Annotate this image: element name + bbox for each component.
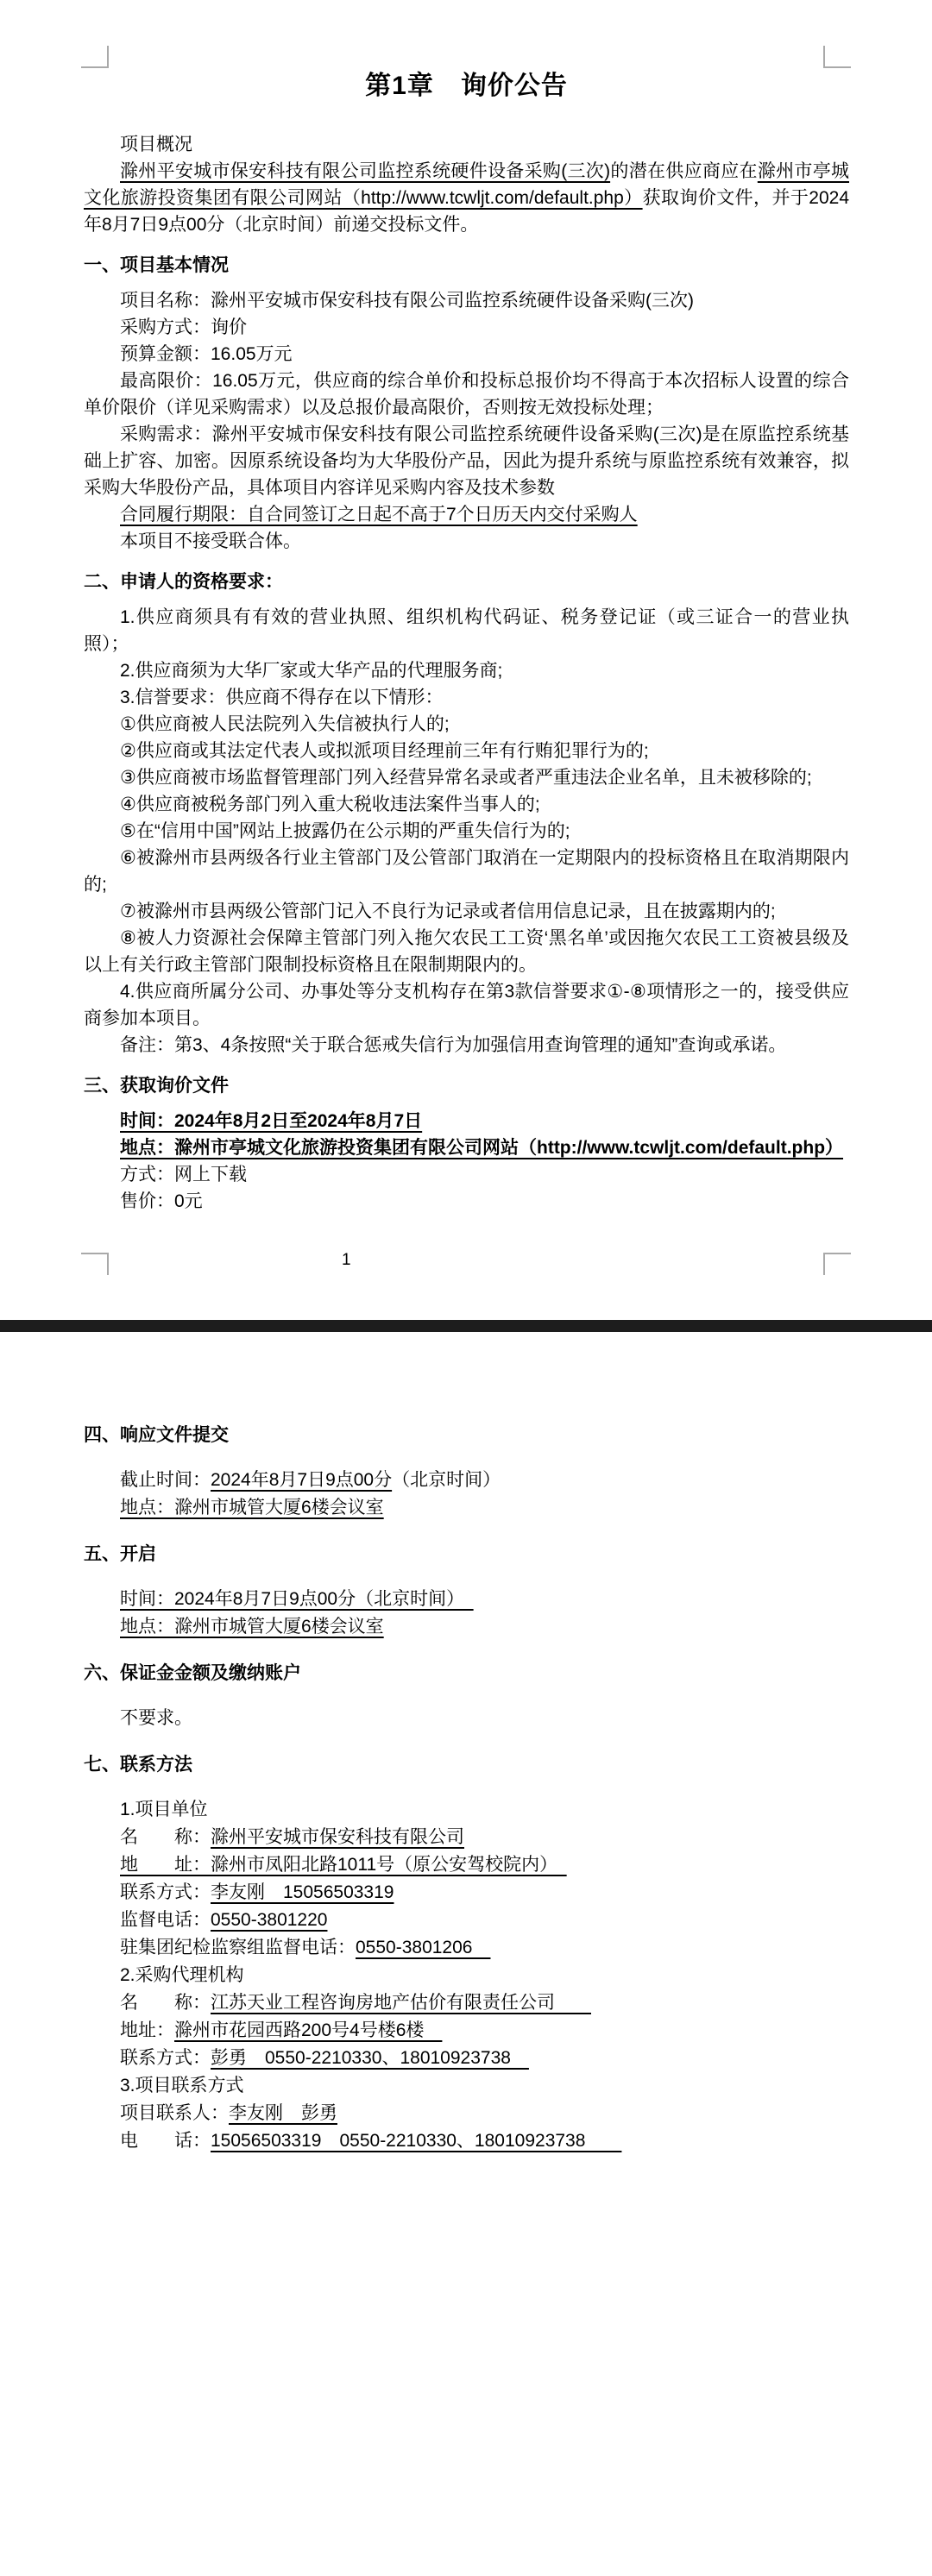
doc-page-1: 第1章 询价公告 项目概况滁州平安城市保安科技有限公司监控系统硬件设备采购(三次… [0,0,932,1320]
doc-paragraph: 采购方式：询价 [84,314,849,341]
text-segment: ⑧被人力资源社会保障主管部门列入拖欠农民工工资‘黑名单’或因拖欠农民工工资被县级… [84,928,849,975]
doc-paragraph: 名 称：江苏天业工程咨询房地产估价有限责任公司 [84,1989,849,2017]
doc-paragraph: 2.采购代理机构 [84,1962,849,1989]
section-heading: 一、项目基本情况 [84,252,849,279]
text-segment: 项目名称：滁州平安城市保安科技有限公司监控系统硬件设备采购(三次) [120,291,694,311]
text-segment: 采购方式：询价 [120,317,247,337]
section-heading: 二、申请人的资格要求： [84,569,849,595]
text-segment: 二、申请人的资格要求： [84,572,283,592]
text-segment: 电 话： [120,2131,211,2151]
text-segment: 3.信誉要求：供应商不得存在以下情形： [120,688,444,707]
text-segment: 地址： [120,2020,174,2040]
text-segment: 三、获取询价文件 [84,1076,229,1096]
page-separator [0,1320,932,1332]
doc-paragraph: 驻集团纪检监察组监督电话：0550-3801206 [84,1934,849,1962]
doc-paragraph: 电 话：15056503319 0550-2210330、18010923738 [84,2127,849,2155]
doc-paragraph: 1.供应商须具有有效的营业执照、组织机构代码证、税务登记证（或三证合一的营业执照… [84,604,849,657]
doc-paragraph: 合同履行期限：自合同签订之日起不高于7个日历天内交付采购人 [84,501,849,528]
doc-paragraph: 联系方式：彭勇 0550-2210330、18010923738 [84,2045,849,2072]
text-segment: 驻集团纪检监察组监督电话： [120,1938,356,1957]
text-segment: 滁州平安城市保安科技有限公司监控系统硬件设备采购(三次) [120,161,610,181]
text-segment: 不要求。 [120,1708,192,1728]
doc-paragraph: 3.项目联系方式 [84,2072,849,2100]
text-segment: 1.项目单位 [120,1800,208,1819]
doc-paragraph: ⑥被滁州市县两级各行业主管部门及公管部门取消在一定期限内的投标资格且在取消期限内… [84,845,849,898]
text-segment: ⑤在“信用中国”网站上披露仍在公示期的严重失信行为的; [120,821,570,841]
text-segment: ⑦被滁州市县两级公管部门记入不良行为记录或者信用信息记录，且在披露期内的; [120,902,776,921]
doc-paragraph: 预算金额：16.05万元 [84,341,849,368]
text-segment: 滁州市花园西路200号4号楼6楼 [174,2020,442,2040]
doc-page-2: 四、响应文件提交截止时间：2024年8月7日9点00分（北京时间）地点：滁州市城… [0,1332,932,2576]
text-segment: 滁州平安城市保安科技有限公司 [211,1827,464,1847]
text-segment: 最高限价：16.05万元，供应商的综合单价和投标总报价均不得高于本次招标人设置的… [84,371,849,418]
text-segment: 项目概况 [120,135,192,154]
text-segment: 一、项目基本情况 [84,255,229,275]
text-segment: 地 址：滁州市凤阳北路1011号（原公安驾校院内） [120,1855,567,1875]
text-segment: 彭勇 0550-2210330、18010923738 [211,2048,529,2068]
text-segment: 本项目不接受联合体。 [120,531,301,551]
text-segment: ②供应商或其法定代表人或拟派项目经理前三年有行贿犯罪行为的; [120,741,649,761]
text-segment: 备注：第3、4条按照“关于联合惩戒失信行为加强信用查询管理的通知”查询或承诺。 [120,1035,786,1055]
crop-mark-icon-page1-top-right [823,46,851,68]
text-segment: 3.项目联系方式 [120,2076,244,2095]
doc-paragraph: 本项目不接受联合体。 [84,528,849,555]
doc-paragraph: ②供应商或其法定代表人或拟派项目经理前三年有行贿犯罪行为的; [84,738,849,764]
text-segment: （北京时间） [392,1470,501,1490]
text-segment: ④供应商被税务部门列入重大税收违法案件当事人的; [120,795,540,814]
text-segment: 七、联系方法 [84,1755,192,1775]
text-segment: 江苏天业工程咨询房地产估价有限责任公司 [211,1993,591,2013]
text-segment: 地点：滁州市亭城文化旅游投资集团有限公司网站（http://www.tcwljt… [120,1138,843,1158]
doc-paragraph: 地 址：滁州市凤阳北路1011号（原公安驾校院内） [84,1851,849,1879]
text-segment: 采购需求：滁州平安城市保安科技有限公司监控系统硬件设备采购(三次)是在原监控系统… [84,424,849,498]
text-segment: 15056503319 0550-2210330、18010923738 [211,2131,621,2151]
text-segment: 1.供应商须具有有效的营业执照、组织机构代码证、税务登记证（或三证合一的营业执照… [84,607,849,654]
text-segment: 2.供应商须为大华厂家或大华产品的代理服务商; [120,661,502,681]
text-segment: 六、保证金金额及缴纳账户 [84,1663,301,1683]
text-segment: 方式：网上下载 [120,1165,247,1184]
doc-paragraph: 滁州平安城市保安科技有限公司监控系统硬件设备采购(三次)的潜在供应商应在滁州市亭… [84,158,849,238]
text-segment: ⑥被滁州市县两级各行业主管部门及公管部门取消在一定期限内的投标资格且在取消期限内… [84,848,849,895]
text-segment: 售价：0元 [120,1191,203,1211]
doc-paragraph: 时间：2024年8月2日至2024年8月7日 [84,1108,849,1134]
text-segment: 的潜在供应商应在 [610,161,758,181]
crop-mark-icon-page1-top-left [81,46,109,68]
doc-paragraph: 备注：第3、4条按照“关于联合惩戒失信行为加强信用查询管理的通知”查询或承诺。 [84,1032,849,1059]
doc-paragraph: 项目名称：滁州平安城市保安科技有限公司监控系统硬件设备采购(三次) [84,287,849,314]
text-segment: 联系方式： [120,1882,211,1902]
doc-paragraph: 地点：滁州市亭城文化旅游投资集团有限公司网站（http://www.tcwljt… [84,1134,849,1161]
text-segment: 0550-3801220 [211,1910,327,1930]
doc-paragraph: 名 称：滁州平安城市保安科技有限公司 [84,1824,849,1851]
text-segment: 2024年8月7日9点00分 [211,1470,392,1490]
text-segment: 截止时间： [120,1470,211,1490]
doc-paragraph: 地址：滁州市花园西路200号4号楼6楼 [84,2017,849,2045]
doc-paragraph: 售价：0元 [84,1188,849,1215]
text-segment: ①供应商被人民法院列入失信被执行人的; [120,714,450,734]
text-segment: 2.采购代理机构 [120,1965,244,1985]
doc-paragraph: 1.项目单位 [84,1796,849,1824]
section-heading: 五、开启 [84,1541,849,1568]
text-segment: 李友刚 彭勇 [229,2103,337,2123]
text-segment: 五、开启 [84,1544,156,1564]
section-heading: 六、保证金金额及缴纳账户 [84,1660,849,1687]
text-segment: 联系方式： [120,2048,211,2068]
text-segment: 时间：2024年8月2日至2024年8月7日 [120,1111,422,1131]
text-segment: 名 称： [120,1827,211,1847]
crop-mark-icon-page1-bottom-left [81,1253,109,1275]
text-segment: 四、响应文件提交 [84,1425,229,1445]
text-segment: 预算金额：16.05万元 [120,344,293,364]
doc-paragraph: 3.信誉要求：供应商不得存在以下情形： [84,684,849,711]
doc-paragraph: ⑤在“信用中国”网站上披露仍在公示期的严重失信行为的; [84,818,849,845]
text-segment: 4.供应商所属分公司、办事处等分支机构存在第3款信誉要求①-⑧项情形之一的，接受… [84,982,849,1028]
text-segment: 时间：2024年8月7日9点00分（北京时间） [120,1589,474,1609]
page1-body: 项目概况滁州平安城市保安科技有限公司监控系统硬件设备采购(三次)的潜在供应商应在… [84,131,849,1215]
page2-body: 四、响应文件提交截止时间：2024年8月7日9点00分（北京时间）地点：滁州市城… [84,1422,849,2155]
doc-paragraph: ①供应商被人民法院列入失信被执行人的; [84,711,849,738]
doc-paragraph: 4.供应商所属分公司、办事处等分支机构存在第3款信誉要求①-⑧项情形之一的，接受… [84,978,849,1032]
text-segment: 李友刚 15056503319 [211,1882,394,1902]
doc-paragraph: ⑧被人力资源社会保障主管部门列入拖欠农民工工资‘黑名单’或因拖欠农民工工资被县级… [84,925,849,978]
doc-paragraph: 项目联系人：李友刚 彭勇 [84,2100,849,2127]
doc-paragraph: 不要求。 [84,1705,849,1732]
doc-paragraph: ⑦被滁州市县两级公管部门记入不良行为记录或者信用信息记录，且在披露期内的; [84,898,849,925]
doc-paragraph: 联系方式：李友刚 15056503319 [84,1879,849,1907]
chapter-title: 第1章 询价公告 [84,67,849,105]
text-segment: 地点：滁州市城管大厦6楼会议室 [120,1498,384,1517]
doc-paragraph: 2.供应商须为大华厂家或大华产品的代理服务商; [84,657,849,684]
text-segment: 0550-3801206 [356,1938,490,1957]
section-heading: 七、联系方法 [84,1751,849,1779]
doc-paragraph: 监督电话：0550-3801220 [84,1907,849,1934]
doc-paragraph: 截止时间：2024年8月7日9点00分（北京时间） [84,1467,849,1494]
text-segment: 项目联系人： [120,2103,229,2123]
text-segment: 合同履行期限：自合同签订之日起不高于7个日历天内交付采购人 [120,505,638,525]
text-segment: 名 称： [120,1993,211,2013]
doc-paragraph: 地点：滁州市城管大厦6楼会议室 [84,1494,849,1522]
text-segment: 监督电话： [120,1910,211,1930]
doc-paragraph: ④供应商被税务部门列入重大税收违法案件当事人的; [84,791,849,818]
doc-paragraph: 方式：网上下载 [84,1161,849,1188]
section-heading: 四、响应文件提交 [84,1422,849,1449]
doc-paragraph: ③供应商被市场监督管理部门列入经营异常名录或者严重违法企业名单，且未被移除的; [84,764,849,791]
doc-paragraph: 时间：2024年8月7日9点00分（北京时间） [84,1586,849,1613]
doc-paragraph: 最高限价：16.05万元，供应商的综合单价和投标总报价均不得高于本次招标人设置的… [84,368,849,421]
crop-mark-icon-page1-bottom-right [823,1253,851,1275]
doc-paragraph: 采购需求：滁州平安城市保安科技有限公司监控系统硬件设备采购(三次)是在原监控系统… [84,421,849,501]
text-segment: ③供应商被市场监督管理部门列入经营异常名录或者严重违法企业名单，且未被移除的; [120,768,812,788]
text-segment: 地点：滁州市城管大厦6楼会议室 [120,1617,384,1637]
page-number: 1 [342,1251,351,1270]
doc-paragraph: 项目概况 [84,131,849,158]
doc-paragraph: 地点：滁州市城管大厦6楼会议室 [84,1613,849,1641]
section-heading: 三、获取询价文件 [84,1072,849,1099]
